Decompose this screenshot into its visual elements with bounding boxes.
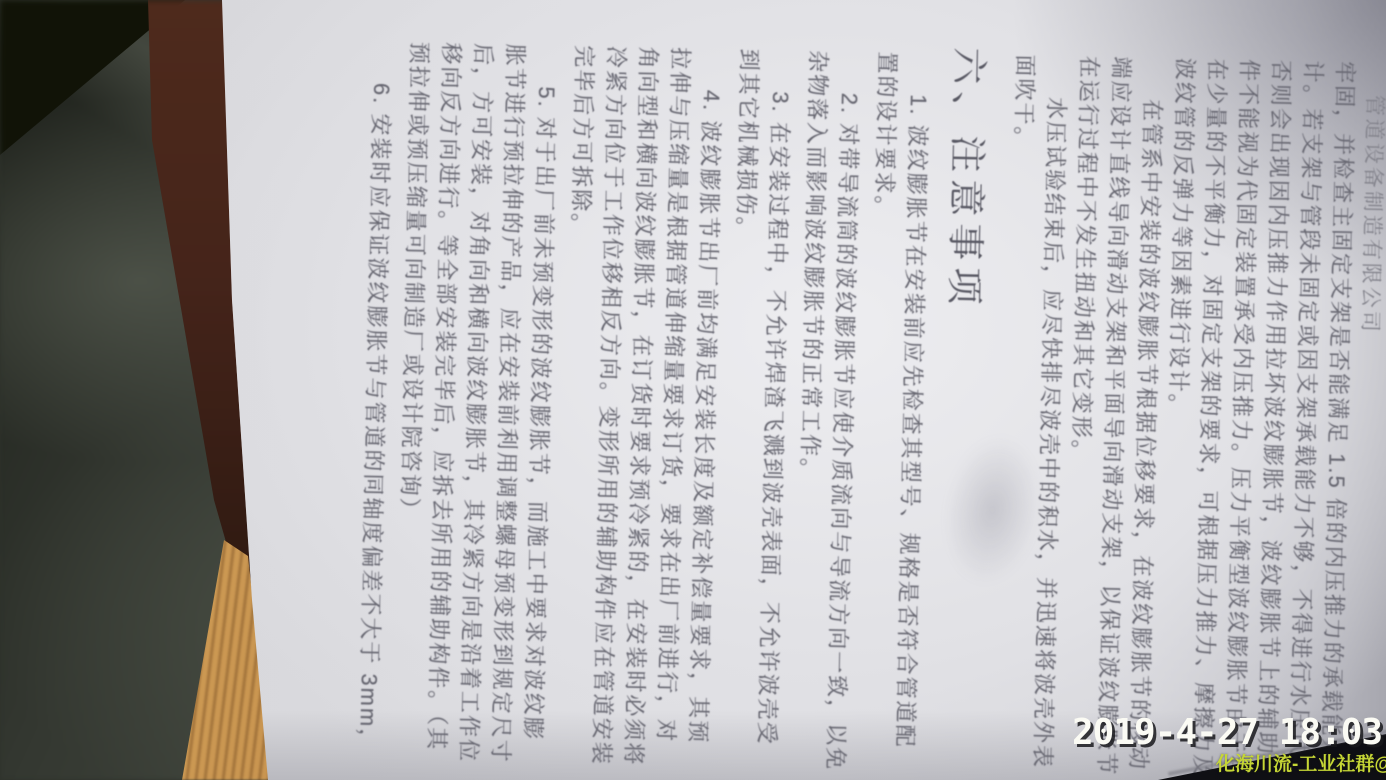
document-body: 牢固，并检查主固定支架是否能满足 1.5 倍的内压推力的承载能力设 计。若支架与… xyxy=(351,0,1386,760)
section-heading: 六、注意事项 xyxy=(933,47,991,726)
page-header-clipped: 管道设备制造有限公司 xyxy=(1356,94,1386,335)
forum-watermark: 化海川流-工业社群@HCBBS xyxy=(1216,749,1386,776)
photo-scene: 管道设备制造有限公司 牢固，并检查主固定支架是否能满足 1.5 倍的内压推力的承… xyxy=(0,0,1386,780)
document-text-rotated: 管道设备制造有限公司 牢固，并检查主固定支架是否能满足 1.5 倍的内压推力的承… xyxy=(200,0,1386,760)
camera-timestamp: 2019-4-27 18:03 xyxy=(1072,712,1382,753)
